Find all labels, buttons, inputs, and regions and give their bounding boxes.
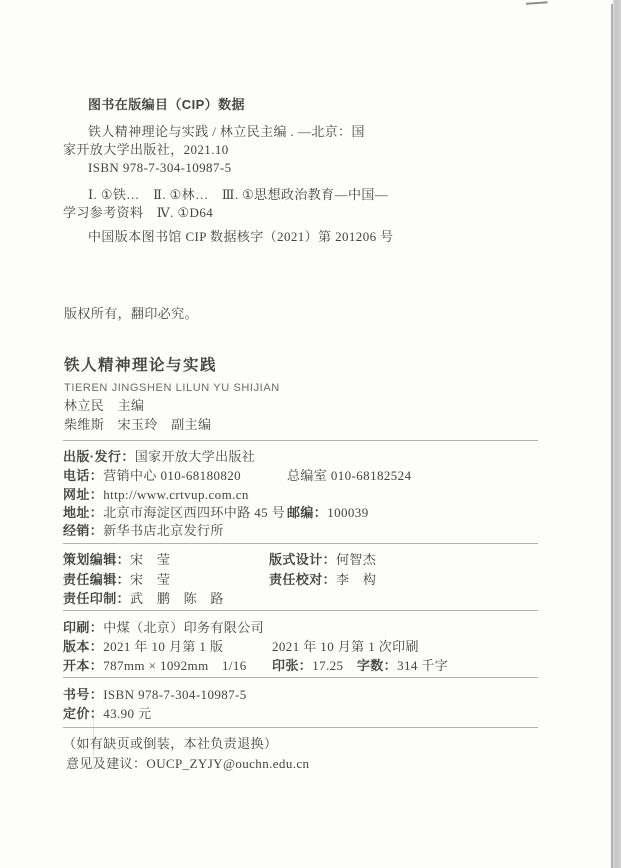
field-label: 策划编辑： (63, 552, 130, 567)
deputy-editors-line: 柴维斯 宋玉玲 副主编 (64, 416, 211, 433)
book-title: 铁人精神理论与实践 (64, 357, 217, 374)
field-label: 邮编： (287, 505, 327, 520)
field-value: 北京市海淀区西四环中路 45 号 (103, 505, 285, 520)
printing-row-printer: 印刷：中煤（北京）印务有限公司 (63, 619, 264, 636)
price-row: 定价：43.90 元 (63, 705, 152, 722)
page-edge-shadow (613, 0, 621, 868)
field-label: 开本： (63, 658, 103, 673)
publisher-row-phone: 电话：营销中心 010-68180820 (63, 467, 241, 484)
field-label: 印刷： (63, 620, 103, 635)
field-value: 2021 年 10 月第 1 版 (103, 639, 223, 654)
page-corner-mark (526, 1, 548, 8)
field-value: 宋 莹 (130, 572, 170, 587)
editors-row-responsible-editor: 责任编辑：宋 莹 (63, 571, 170, 588)
return-policy-note: （如有缺页或倒装，本社负责退换） (63, 735, 277, 752)
cip-isbn: ISBN 978-7-304-10987-5 (88, 159, 232, 176)
field-value: 新华书店北京发行所 (103, 523, 224, 538)
book-number-row: 书号：ISBN 978-7-304-10987-5 (63, 686, 247, 703)
field-label: 定价： (63, 706, 103, 721)
field-value: 国家开放大学出版社 (135, 449, 256, 464)
field-value: http://www.crtvup.com.cn (103, 487, 249, 502)
publisher-row-address: 地址：北京市海淀区西四环中路 45 号 (63, 504, 285, 521)
field-label: 印张： (272, 658, 312, 673)
field-label: 版本： (63, 639, 103, 654)
publisher-row-distribution: 经销：新华书店北京发行所 (63, 522, 224, 539)
cip-publisher-line: 家开放大学出版社，2021.10 (63, 141, 229, 158)
field-value: 李 构 (336, 572, 376, 587)
cip-classification-line1: Ⅰ. ①铁… Ⅱ. ①林… Ⅲ. ①思想政治教育—中国— (88, 186, 388, 203)
feedback-email-line: 意见及建议：OUCP_ZYJY@ouchn.edu.cn (66, 755, 309, 772)
cip-title-line: 铁人精神理论与实践 / 林立民主编 . —北京：国 (88, 123, 365, 140)
field-label: 字数： (357, 658, 397, 673)
publisher-postcode: 邮编：100039 (287, 504, 369, 521)
editors-row-print-supervisor: 责任印制：武 鹏 陈 路 (63, 590, 224, 607)
cip-classification-line2: 学习参考资料 Ⅳ. ①D64 (63, 204, 213, 221)
field-value: 43.90 元 (103, 706, 151, 721)
printing-row-format: 开本：787mm × 1092mm 1/16 (63, 657, 247, 674)
editors-row-planning: 策划编辑：宋 莹 (63, 551, 170, 568)
field-value: 787mm × 1092mm 1/16 (103, 658, 247, 673)
field-label: 版式设计： (269, 552, 336, 567)
publisher-row-website: 网址：http://www.crtvup.com.cn (63, 486, 249, 503)
field-value: 100039 (327, 505, 368, 520)
scanned-copyright-page: 图书在版编目（CIP）数据 铁人精神理论与实践 / 林立民主编 . —北京：国 … (0, 0, 621, 868)
field-label: 经销： (63, 523, 103, 538)
page-edge-line (611, 4, 613, 868)
editors-row-layout-design: 版式设计：何智杰 (269, 551, 376, 568)
field-label: 电话： (63, 468, 103, 483)
printing-row-edition: 版本：2021 年 10 月第 1 版 (63, 638, 223, 655)
field-label: 责任编辑： (63, 572, 130, 587)
chief-editor-line: 林立民 主编 (64, 397, 144, 414)
field-label: 书号： (63, 687, 103, 702)
divider-rule-2 (63, 543, 538, 544)
publisher-row-publishing: 出版·发行：国家开放大学出版社 (63, 448, 255, 465)
copyright-notice: 版权所有，翻印必究。 (64, 305, 198, 322)
field-value: ISBN 978-7-304-10987-5 (103, 687, 247, 702)
field-value: 314 千字 (397, 658, 448, 673)
field-label: 地址： (63, 505, 103, 520)
field-value: 营销中心 010-68180820 (103, 468, 241, 483)
field-label: 网址： (63, 487, 103, 502)
cip-record-number: 中国版本图书馆 CIP 数据核字（2021）第 201206 号 (88, 228, 394, 245)
field-value: 17.25 (312, 658, 357, 673)
field-value: 宋 莹 (130, 552, 170, 567)
field-value: 中煤（北京）印务有限公司 (103, 620, 264, 635)
field-label: 出版·发行： (63, 449, 135, 464)
divider-rule-1 (63, 440, 538, 441)
book-title-pinyin: TIEREN JINGSHEN LILUN YU SHIJIAN (64, 380, 280, 397)
divider-rule-5 (63, 727, 538, 728)
field-label: 责任校对： (269, 572, 336, 587)
divider-rule-4 (63, 677, 538, 678)
cip-heading: 图书在版编目（CIP）数据 (88, 96, 245, 113)
publisher-phone-right: 总编室 010-68182524 (287, 467, 411, 484)
printing-sheets-wordcount: 印张：17.25 字数：314 千字 (272, 657, 448, 674)
field-label: 责任印制： (63, 591, 130, 606)
editors-row-proofreader: 责任校对：李 构 (269, 571, 376, 588)
printing-impression-right: 2021 年 10 月第 1 次印刷 (272, 638, 419, 655)
field-value: 何智杰 (336, 552, 376, 567)
divider-rule-3 (63, 610, 538, 611)
field-value: 武 鹏 陈 路 (130, 591, 224, 606)
